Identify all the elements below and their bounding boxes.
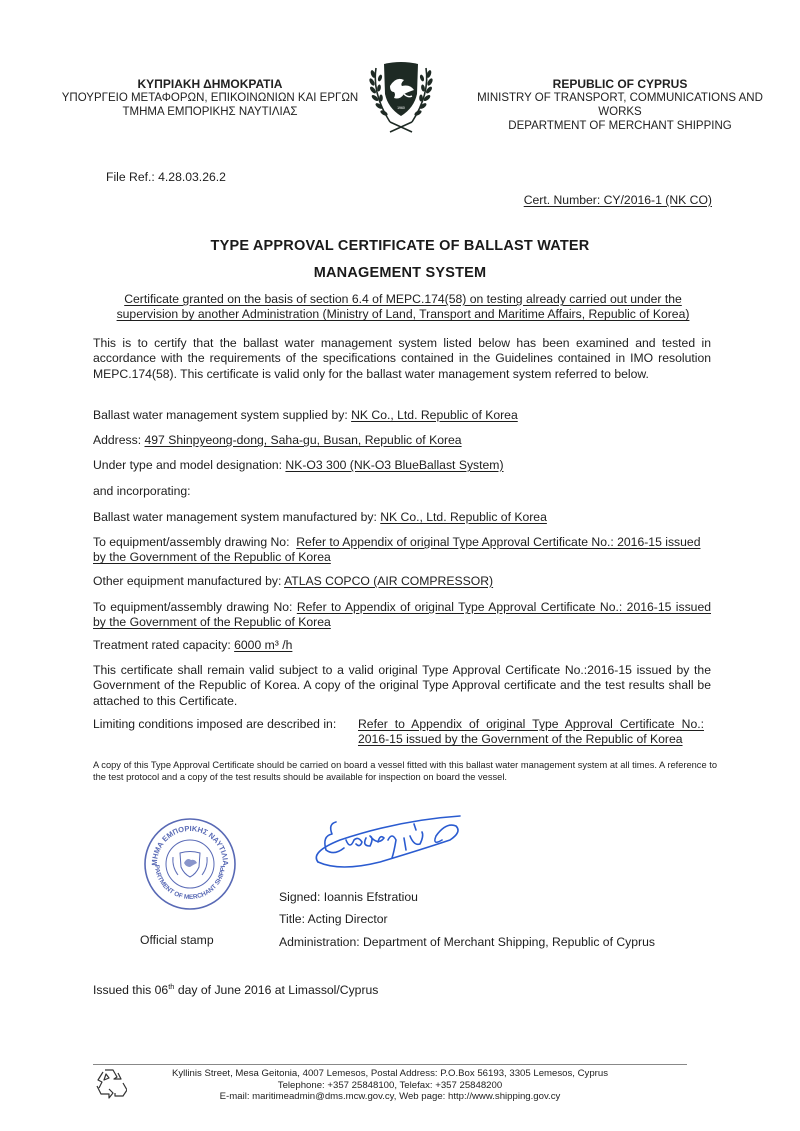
svg-text:1960: 1960 xyxy=(397,106,405,110)
field-capacity: Treatment rated capacity: 6000 m³ /h xyxy=(93,638,711,653)
validity-statement: This certificate shall remain valid subj… xyxy=(93,663,711,709)
english-country: REPUBLIC OF CYPRUS xyxy=(462,77,778,91)
footer-phone: Telephone: +357 25848100, Telefax: +357 … xyxy=(140,1080,640,1092)
document-title-line1: TYPE APPROVAL CERTIFICATE OF BALLAST WAT… xyxy=(0,238,800,254)
document-title-line2: MANAGEMENT SYSTEM xyxy=(0,265,800,281)
field-other-equipment: Other equipment manufactured by: ATLAS C… xyxy=(93,574,711,589)
footer-contact: Kyllinis Street, Mesa Geitonia, 4007 Lem… xyxy=(140,1068,640,1103)
certificate-number: Cert. Number: CY/2016-1 (NK CO) xyxy=(524,193,712,208)
manufactured-label: Ballast water management system manufact… xyxy=(93,510,380,524)
administration: Administration: Department of Merchant S… xyxy=(279,935,655,950)
limiting-conditions-value: Refer to Appendix of original Type Appro… xyxy=(358,717,704,748)
model-value: NK-O3 300 (NK-O3 BlueBallast System) xyxy=(285,458,503,472)
field-drawing-1: To equipment/assembly drawing No: Refer … xyxy=(93,535,711,566)
certification-statement: This is to certify that the ballast wate… xyxy=(93,336,711,382)
signatory-title: Title: Acting Director xyxy=(279,912,388,927)
other-value: ATLAS COPCO (AIR COMPRESSOR) xyxy=(284,574,493,588)
greek-country: ΚΥΠΡΙΑΚΗ ΔΗΜΟΚΡΑΤΙΑ xyxy=(50,77,370,91)
field-drawing-2: To equipment/assembly drawing No: Refer … xyxy=(93,600,711,631)
field-manufactured-by: Ballast water management system manufact… xyxy=(93,510,711,525)
certificate-basis: Certificate granted on the basis of sect… xyxy=(98,292,708,323)
field-address: Address: 497 Shinpyeong-dong, Saha-gu, B… xyxy=(93,433,711,448)
supplied-label: Ballast water management system supplied… xyxy=(93,408,351,422)
capacity-label: Treatment rated capacity: xyxy=(93,638,234,652)
footer-divider xyxy=(93,1064,687,1065)
field-supplied-by: Ballast water management system supplied… xyxy=(93,408,711,423)
footer-email-web: E-mail: maritimeadmin@dms.mcw.gov.cy, We… xyxy=(140,1091,640,1103)
greek-department: ΤΜΗΜΑ ΕΜΠΟΡΙΚΗΣ ΝΑΥΤΙΛΙΑΣ xyxy=(50,105,370,119)
svg-text:ΤΜΗΜΑ ΕΜΠΟΡΙΚΗΣ ΝΑΥΤΙΛΙΑΣ: ΤΜΗΜΑ ΕΜΠΟΡΙΚΗΣ ΝΑΥΤΙΛΙΑΣ xyxy=(143,817,230,866)
model-label: Under type and model designation: xyxy=(93,458,285,472)
header-greek: ΚΥΠΡΙΑΚΗ ΔΗΜΟΚΡΑΤΙΑ ΥΠΟΥΡΓΕΙΟ ΜΕΤΑΦΟΡΩΝ,… xyxy=(50,77,370,119)
capacity-value: 6000 m³ /h xyxy=(234,638,292,652)
limiting-conditions-label: Limiting conditions imposed are describe… xyxy=(93,717,336,732)
issued-prefix: Issued this 06 xyxy=(93,983,168,997)
english-ministry: MINISTRY OF TRANSPORT, COMMUNICATIONS AN… xyxy=(462,91,778,119)
footer-address: Kyllinis Street, Mesa Geitonia, 4007 Lem… xyxy=(140,1068,640,1080)
cyprus-coat-of-arms-icon: 1960 xyxy=(360,58,442,140)
handwritten-signature-icon xyxy=(300,810,470,880)
drawing2-label: To equipment/assembly drawing No: xyxy=(93,600,297,614)
header-english: REPUBLIC OF CYPRUS MINISTRY OF TRANSPORT… xyxy=(462,77,778,133)
official-stamp-label: Official stamp xyxy=(140,933,214,948)
supplied-value: NK Co., Ltd. Republic of Korea xyxy=(351,408,518,422)
incorporating-label: and incorporating: xyxy=(93,484,711,499)
signed-by: Signed: Ioannis Efstratiou xyxy=(279,890,418,905)
greek-ministry: ΥΠΟΥΡΓΕΙΟ ΜΕΤΑΦΟΡΩΝ, ΕΠΙΚΟΙΝΩΝΙΩΝ ΚΑΙ ΕΡ… xyxy=(50,91,370,105)
file-reference: File Ref.: 4.28.03.26.2 xyxy=(106,170,226,185)
issued-suffix: day of June 2016 at Limassol/Cyprus xyxy=(174,983,378,997)
address-label: Address: xyxy=(93,433,144,447)
address-value: 497 Shinpyeong-dong, Saha-gu, Busan, Rep… xyxy=(144,433,461,447)
other-label: Other equipment manufactured by: xyxy=(93,574,284,588)
carry-on-board-note: A copy of this Type Approval Certificate… xyxy=(93,759,717,783)
manufactured-value: NK Co., Ltd. Republic of Korea xyxy=(380,510,547,524)
issue-date-place: Issued this 06th day of June 2016 at Lim… xyxy=(93,982,378,997)
drawing1-label: To equipment/assembly drawing No: xyxy=(93,535,296,549)
english-department: DEPARTMENT OF MERCHANT SHIPPING xyxy=(462,119,778,133)
recycle-icon xyxy=(93,1066,127,1100)
field-model-designation: Under type and model designation: NK-O3 … xyxy=(93,458,711,473)
official-stamp-icon: ΤΜΗΜΑ ΕΜΠΟΡΙΚΗΣ ΝΑΥΤΙΛΙΑΣ DEPARTMENT OF … xyxy=(143,817,237,911)
